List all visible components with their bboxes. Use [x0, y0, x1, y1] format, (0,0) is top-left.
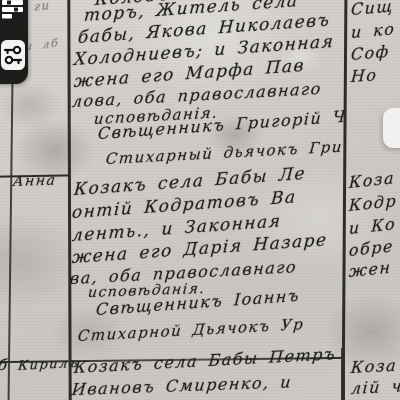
- handwriting-line: и ко: [350, 19, 395, 42]
- document-viewer: Коловъторъ, Житель селабабы, Якова Никол…: [0, 0, 400, 400]
- handwriting-line: Сищ: [350, 0, 394, 19]
- handwriting-line: жен: [349, 257, 392, 281]
- handwriting-line: ги: [34, 0, 51, 14]
- handwriting-line: Анна: [12, 172, 57, 190]
- handwriting-line: и лб: [25, 36, 60, 53]
- queue-list-icon: [2, 7, 23, 22]
- floating-drag-handle[interactable]: [383, 108, 400, 148]
- handwriting-line: Соф: [350, 42, 390, 65]
- handwriting-line: Стихарной Дьячокъ Ур: [77, 315, 305, 345]
- handwriting-line: Козакъ села Бабы Петръ: [73, 344, 337, 377]
- queue-list-button[interactable]: [2, 0, 23, 22]
- handwriting-line: и Ко: [349, 214, 397, 238]
- column-rule-right-thick: [341, 348, 345, 400]
- handwriting-line: Кодр: [349, 191, 398, 215]
- handwriting-line: Коза: [350, 356, 398, 378]
- handwriting-line: Стихарный дьячокъ Гри: [105, 138, 344, 169]
- handwriting-line: обре: [349, 236, 395, 260]
- scanned-page[interactable]: Коловъторъ, Житель селабабы, Якова Никол…: [0, 0, 400, 400]
- keys-button[interactable]: [1, 40, 25, 73]
- side-toolbar: [0, 0, 28, 84]
- handwriting-line: Ивановъ Смиренко, и: [71, 372, 293, 399]
- handwriting-line: лій ч: [350, 376, 400, 398]
- keys-icon: [1, 58, 25, 73]
- handwriting-line: Коза: [349, 168, 396, 192]
- column-rule-names: [67, 0, 71, 400]
- column-rule-right: [342, 0, 347, 400]
- handwriting-line: Но: [350, 65, 378, 86]
